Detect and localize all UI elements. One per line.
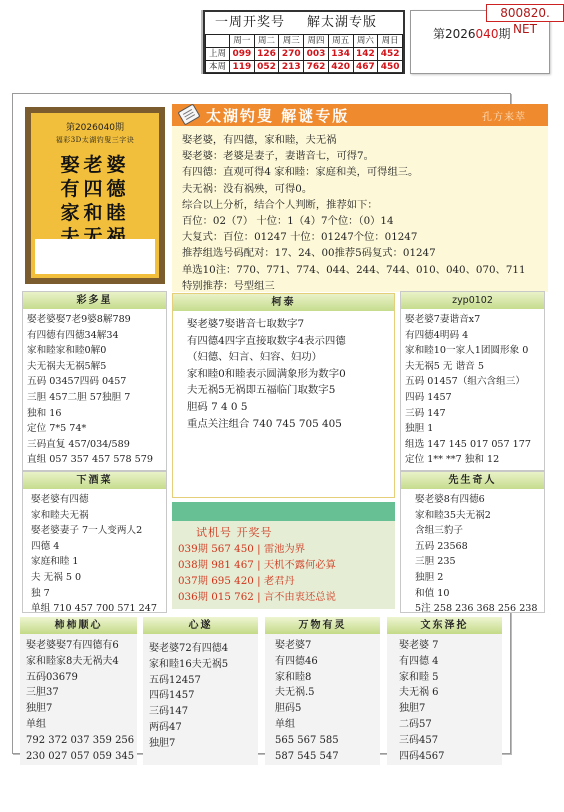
weekly-results-table: 周一 周二 周三 周四 周五 周六 周日 上周 099 126 270 003 … bbox=[205, 34, 403, 74]
section-body: 娶老婆 7 有四德 4 家和睦 5 夫无祸 6 独胆7 二码57 三码457 四… bbox=[387, 634, 502, 764]
poster-issue: 第2026040期 bbox=[31, 120, 159, 133]
corner-cell bbox=[206, 35, 230, 48]
poster-subtitle: 福彩3D太湖钓叟三字诀 bbox=[31, 135, 159, 145]
section-line: 夫 无祸 5 0 bbox=[31, 570, 162, 586]
section-body: 娶老婆7妻谐音x7 有四德4明码 4 家和睦10一家人1团圆形象 0 夫无祸5 … bbox=[401, 309, 544, 468]
section-body: 娶老婆72有四德4 家和睦16夫无祸5 五码12457 四码1457 三码147… bbox=[143, 634, 258, 752]
result-cell: 052 bbox=[254, 61, 279, 74]
section-line: 夫无祸夫无祸5解5 bbox=[27, 359, 162, 375]
table-row: 本周 119 052 213 762 420 467 450 bbox=[206, 61, 403, 74]
section-line: 5注 258 236 368 256 238 bbox=[415, 601, 540, 617]
analysis-line: 大复式：百位：01247 十位：01247个位：01247 bbox=[182, 229, 542, 245]
section-line: 定位 7*5 74* bbox=[27, 421, 162, 437]
section-title: 先生奇人 bbox=[401, 472, 544, 489]
result-cell: 467 bbox=[353, 61, 378, 74]
issue-prefix: 第2026 bbox=[433, 27, 476, 41]
section-title: 下酒菜 bbox=[23, 472, 166, 489]
section-line: 有四德4明码 4 bbox=[405, 328, 540, 344]
section-line: 独胆 2 bbox=[415, 570, 540, 586]
section-line: 家和睦家和睦0解0 bbox=[27, 343, 162, 359]
analysis-line: 百位：02（7） 十位：1（4）7个位：（0）14 bbox=[182, 213, 542, 229]
section-line: 夫无祸5 无 谐音 5 bbox=[405, 359, 540, 375]
section-line: 单组 bbox=[275, 717, 376, 733]
poster-riddle: 娶老婆 有四德 家和睦 夫无祸 bbox=[31, 153, 159, 249]
issue-number: 040 bbox=[476, 27, 499, 41]
section-zyp0102: zyp0102 娶老婆7妻谐音x7 有四德4明码 4 家和睦10一家人1团圆形象… bbox=[400, 291, 545, 471]
weekly-title: 一周开奖号解太湖专版 bbox=[205, 12, 403, 34]
section-line: 独胆7 bbox=[149, 736, 254, 752]
section-line: 胆码5 bbox=[275, 701, 376, 717]
poster-blank-area bbox=[35, 239, 155, 274]
poster-panel: 第2026040期 福彩3D太湖钓叟三字诀 娶老婆 有四德 家和睦 夫无祸 bbox=[25, 107, 165, 284]
result-cell: 270 bbox=[279, 48, 304, 61]
section-wenzezelun: 文东泽抡 娶老婆 7 有四德 4 家和睦 5 夫无祸 6 独胆7 二码57 三码… bbox=[387, 617, 502, 765]
trial-row: 038期 981 467 | 天机不露何必算 bbox=[178, 557, 336, 573]
result-cell: 450 bbox=[378, 61, 403, 74]
analysis-body: 娶老婆，有四德，家和睦，夫无祸 娶老婆：老婆是妻子，妻谐音七，可得7。 有四德：… bbox=[182, 132, 542, 294]
section-line: 夫无祸.5 bbox=[275, 685, 376, 701]
section-line: 单组 bbox=[26, 717, 133, 733]
section-line: 独胆 1 bbox=[405, 421, 540, 437]
analysis-line: 有四德：直观可得4 家和睦：家庭和美，可得组三。 bbox=[182, 164, 542, 180]
section-line: 娶老婆7 bbox=[275, 638, 376, 654]
section-line: 娶老婆妻子 7一人变两人2 bbox=[31, 523, 162, 539]
section-line: 家庭和睦 1 bbox=[31, 554, 162, 570]
section-body: 娶老婆娶7老9婆8解789 有四德有四德34解34 家和睦家和睦0解0 夫无祸夫… bbox=[23, 309, 166, 468]
section-line: 娶老婆娶7老9婆8解789 bbox=[27, 312, 162, 328]
section-line: 四码 1457 bbox=[405, 390, 540, 406]
section-line: 三码457 bbox=[399, 733, 498, 749]
result-cell: 142 bbox=[353, 48, 378, 61]
day-header: 周三 bbox=[279, 35, 304, 48]
result-cell: 003 bbox=[304, 48, 329, 61]
result-cell: 099 bbox=[230, 48, 255, 61]
section-line: 三胆37 bbox=[26, 685, 133, 701]
section-line: 四德 4 bbox=[31, 539, 162, 555]
section-line: 娶老婆7娶谐音七取数字7 bbox=[187, 316, 382, 333]
row-label: 本周 bbox=[206, 61, 230, 74]
section-line: 二码57 bbox=[399, 717, 498, 733]
section-line: 五码 03457四码 0457 bbox=[27, 374, 162, 390]
section-line: 五码 01457（组六含组三） bbox=[405, 374, 540, 390]
section-body: 娶老婆有四德 家和睦夫无祸 娶老婆妻子 7一人变两人2 四德 4 家庭和睦 1 … bbox=[23, 489, 166, 617]
row-label: 上周 bbox=[206, 48, 230, 61]
section-line: 独胆7 bbox=[399, 701, 498, 717]
section-line: 三码 147 bbox=[405, 406, 540, 422]
table-row: 上周 099 126 270 003 134 142 452 bbox=[206, 48, 403, 61]
section-line: 娶老婆8有四德6 bbox=[415, 492, 540, 508]
section-line: 夫无祸5无祸即五福临门取数字5 bbox=[187, 382, 382, 399]
section-line: 三胆 235 bbox=[415, 554, 540, 570]
section-title: zyp0102 bbox=[401, 292, 544, 309]
section-line: 家和睦35夫无祸2 bbox=[415, 508, 540, 524]
section-line: 和值 10 bbox=[415, 586, 540, 602]
trial-row: 037期 695 420 | 老君丹 bbox=[178, 573, 336, 589]
section-line: 五码03679 bbox=[26, 670, 133, 686]
site-badge[interactable]: 800820. NET bbox=[486, 4, 564, 22]
day-header: 周日 bbox=[378, 35, 403, 48]
result-cell: 126 bbox=[254, 48, 279, 61]
section-line: 有四德有四德34解34 bbox=[27, 328, 162, 344]
day-header: 周一 bbox=[230, 35, 255, 48]
section-line: 792 372 037 359 256 bbox=[26, 733, 133, 749]
section-caiduoxing: 彩多星 娶老婆娶7老9婆8解789 有四德有四德34解34 家和睦家和睦0解0 … bbox=[22, 291, 167, 471]
section-body: 娶老婆7娶谐音七取数字7 有四德4四字直接取数字4表示四德 （妇德、妇言、妇容、… bbox=[173, 311, 394, 432]
section-line: 重点关注组合 740 745 705 405 bbox=[187, 416, 382, 433]
analysis-header: 太湖钓叟 解谜专版 孔方来萃 bbox=[172, 104, 548, 126]
section-line: 五码 23568 bbox=[415, 539, 540, 555]
result-cell: 119 bbox=[230, 61, 255, 74]
analysis-line: 娶老婆，有四德，家和睦，夫无祸 bbox=[182, 132, 542, 148]
section-line: 含组三豹子 bbox=[415, 523, 540, 539]
section-line: （妇德、妇言、妇容、妇功） bbox=[187, 349, 382, 366]
trial-row: 039期 567 450 | 雷池为界 bbox=[178, 541, 336, 557]
section-title: 心遂 bbox=[143, 617, 258, 634]
book-icon bbox=[177, 104, 200, 126]
day-header: 周五 bbox=[328, 35, 353, 48]
analysis-panel: 太湖钓叟 解谜专版 孔方来萃 娶老婆，有四德，家和睦，夫无祸 娶老婆：老婆是妻子… bbox=[172, 104, 548, 292]
day-header: 周四 bbox=[304, 35, 329, 48]
section-xianshengqiren: 先生奇人 娶老婆8有四德6 家和睦35夫无祸2 含组三豹子 五码 23568 三… bbox=[400, 471, 545, 613]
section-title: 柯泰 bbox=[173, 294, 394, 311]
trial-rows: 039期 567 450 | 雷池为界 038期 981 467 | 天机不露何… bbox=[178, 541, 336, 605]
section-xinsui: 心遂 娶老婆72有四德4 家和睦16夫无祸5 五码12457 四码1457 三码… bbox=[143, 617, 258, 765]
trial-header-bar bbox=[172, 502, 395, 521]
section-body: 娶老婆8有四德6 家和睦35夫无祸2 含组三豹子 五码 23568 三胆 235… bbox=[401, 489, 544, 617]
section-line: 三码直复 457/034/589 bbox=[27, 437, 162, 453]
section-line: 独 7 bbox=[31, 586, 162, 602]
section-line: 独胆7 bbox=[26, 701, 133, 717]
section-line: 家和睦8 bbox=[275, 670, 376, 686]
section-body: 娶老婆7 有四德46 家和睦8 夫无祸.5 胆码5 单组 565 567 585… bbox=[265, 634, 380, 764]
issue-label: 第2026040期 bbox=[433, 25, 510, 42]
section-xiajiucai: 下酒菜 娶老婆有四德 家和睦夫无祸 娶老婆妻子 7一人变两人2 四德 4 家庭和… bbox=[22, 471, 167, 613]
section-line: 四码1457 bbox=[149, 688, 254, 704]
trial-numbers-panel: 试机号 开奖号 039期 567 450 | 雷池为界 038期 981 467… bbox=[172, 521, 395, 609]
result-cell: 134 bbox=[328, 48, 353, 61]
poster-line: 娶老婆 bbox=[31, 153, 159, 177]
section-title: 柿柿顺心 bbox=[20, 617, 137, 634]
section-line: 三码147 bbox=[149, 704, 254, 720]
result-cell: 762 bbox=[304, 61, 329, 74]
section-title: 彩多星 bbox=[23, 292, 166, 309]
table-header-row: 周一 周二 周三 周四 周五 周六 周日 bbox=[206, 35, 403, 48]
section-body: 娶老婆娶7有四德有6 家和睦家8夫无祸夫4 五码03679 三胆37 独胆7 单… bbox=[20, 634, 137, 764]
section-line: 家和睦0和睦表示圆满象形为数字0 bbox=[187, 366, 382, 383]
section-line: 四码4567 bbox=[399, 749, 498, 765]
day-header: 周六 bbox=[353, 35, 378, 48]
section-line: 有四德4四字直接取数字4表示四德 bbox=[187, 333, 382, 350]
poster-line: 有四德 bbox=[31, 177, 159, 201]
analysis-author: 孔方来萃 bbox=[482, 108, 526, 123]
section-line: 家和睦16夫无祸5 bbox=[149, 657, 254, 673]
section-wanwuyouling: 万物有灵 娶老婆7 有四德46 家和睦8 夫无祸.5 胆码5 单组 565 56… bbox=[265, 617, 380, 765]
section-line: 直组 057 357 457 578 579 bbox=[27, 452, 162, 468]
section-line: 两码47 bbox=[149, 720, 254, 736]
section-title: 万物有灵 bbox=[265, 617, 380, 634]
section-line: 有四德 4 bbox=[399, 654, 498, 670]
section-line: 夫无祸 6 bbox=[399, 685, 498, 701]
section-line: 娶老婆 7 bbox=[399, 638, 498, 654]
section-line: 家和睦家8夫无祸夫4 bbox=[26, 654, 133, 670]
section-title: 文东泽抡 bbox=[387, 617, 502, 634]
section-line: 有四德46 bbox=[275, 654, 376, 670]
section-line: 胆码 7 4 0 5 bbox=[187, 399, 382, 416]
section-line: 565 567 585 bbox=[275, 733, 376, 749]
section-line: 娶老婆有四德 bbox=[31, 492, 162, 508]
section-line: 娶老婆娶7有四德有6 bbox=[26, 638, 133, 654]
section-line: 单组 710 457 700 571 247 bbox=[31, 601, 162, 617]
section-line: 家和睦夫无祸 bbox=[31, 508, 162, 524]
analysis-line: 单选10注：770、771、774、044、244、744、010、040、07… bbox=[182, 262, 542, 278]
weekly-results-panel: 一周开奖号解太湖专版 周一 周二 周三 周四 周五 周六 周日 上周 099 1… bbox=[203, 10, 405, 74]
section-line: 娶老婆72有四德4 bbox=[149, 641, 254, 657]
trial-header: 试机号 开奖号 bbox=[196, 524, 273, 540]
weekly-title-text: 一周开奖号 bbox=[215, 15, 285, 30]
section-line: 定位 1** **7 独和 12 bbox=[405, 452, 540, 468]
section-line: 230 027 057 059 345 bbox=[26, 749, 133, 765]
section-ketai: 柯泰 娶老婆7娶谐音七取数字7 有四德4四字直接取数字4表示四德 （妇德、妇言、… bbox=[172, 293, 395, 498]
result-cell: 452 bbox=[378, 48, 403, 61]
weekly-subtitle-text: 解太湖专版 bbox=[307, 15, 377, 30]
section-line: 家和睦 5 bbox=[399, 670, 498, 686]
trial-row: 036期 015 762 | 言不由衷还总说 bbox=[178, 589, 336, 605]
analysis-line: 推荐组选号码配对：17、24、00推荐5码复式：01247 bbox=[182, 245, 542, 261]
day-header: 周二 bbox=[254, 35, 279, 48]
analysis-line: 夫无祸：没有祸殃，可得0。 bbox=[182, 181, 542, 197]
section-line: 五码12457 bbox=[149, 673, 254, 689]
analysis-line: 娶老婆：老婆是妻子，妻谐音七，可得7。 bbox=[182, 148, 542, 164]
result-cell: 420 bbox=[328, 61, 353, 74]
analysis-title: 太湖钓叟 解谜专版 bbox=[206, 105, 349, 126]
section-line: 娶老婆7妻谐音x7 bbox=[405, 312, 540, 328]
section-shishishunxin: 柿柿顺心 娶老婆娶7有四德有6 家和睦家8夫无祸夫4 五码03679 三胆37 … bbox=[20, 617, 137, 765]
section-line: 587 545 547 bbox=[275, 749, 376, 765]
poster-line: 家和睦 bbox=[31, 201, 159, 225]
result-cell: 213 bbox=[279, 61, 304, 74]
analysis-line: 综合以上分析，结合个人判断，推荐如下： bbox=[182, 197, 542, 213]
section-line: 家和睦10一家人1团圆形象 0 bbox=[405, 343, 540, 359]
section-line: 组选 147 145 017 057 177 bbox=[405, 437, 540, 453]
section-line: 三胆 457二胆 57独胆 7 bbox=[27, 390, 162, 406]
section-line: 独和 16 bbox=[27, 406, 162, 422]
issue-suffix: 期 bbox=[498, 27, 510, 41]
